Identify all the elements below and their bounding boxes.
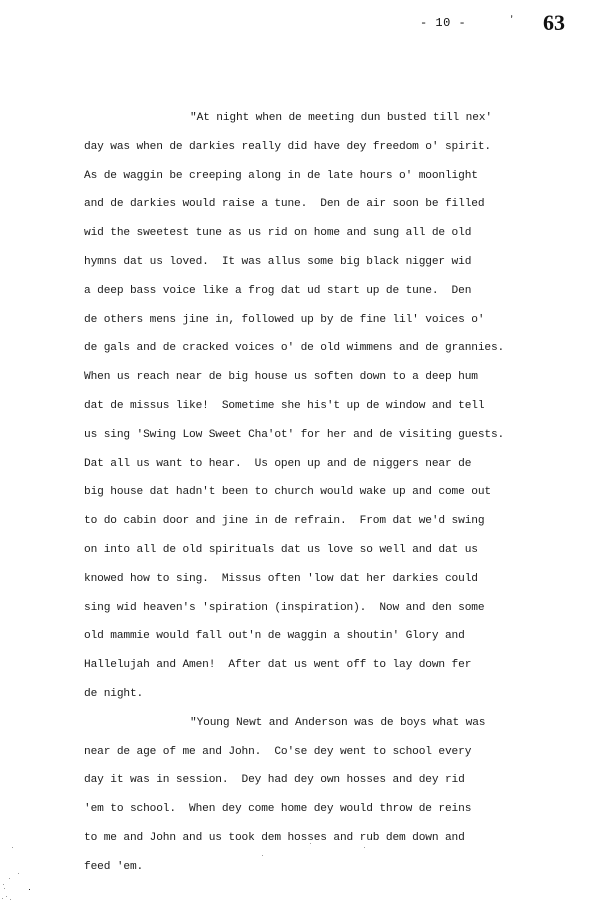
- paragraph-2: "Young Newt and Anderson was de boys wha…: [84, 709, 564, 882]
- text-line: near de age of me and John. Co'se dey we…: [84, 738, 564, 767]
- body-text: "At night when de meeting dun busted til…: [84, 104, 564, 882]
- scan-speck: [262, 855, 263, 856]
- text-line: old mammie would fall out'n de waggin a …: [84, 622, 564, 651]
- text-line: de night.: [84, 680, 564, 709]
- text-line: de gals and de cracked voices o' de old …: [84, 334, 564, 363]
- scan-speck: [10, 899, 11, 900]
- text-line: "Young Newt and Anderson was de boys wha…: [84, 709, 564, 738]
- scan-speck: [2, 898, 3, 899]
- text-line: "At night when de meeting dun busted til…: [84, 104, 564, 133]
- text-line: day it was in session. Dey had dey own h…: [84, 766, 564, 795]
- text-line: big house dat hadn't been to church woul…: [84, 478, 564, 507]
- text-line: us sing 'Swing Low Sweet Cha'ot' for her…: [84, 421, 564, 450]
- scan-speck: [12, 847, 13, 848]
- scan-speck: [9, 878, 10, 879]
- scan-speck: [364, 847, 365, 848]
- scan-speck: [6, 896, 7, 897]
- text-line: to me and John and us took dem hosses an…: [84, 824, 564, 853]
- text-line: 'em to school. When dey come home dey wo…: [84, 795, 564, 824]
- text-line: knowed how to sing. Missus often 'low da…: [84, 565, 564, 594]
- text-line: hymns dat us loved. It was allus some bi…: [84, 248, 564, 277]
- text-line: de others mens jine in, followed up by d…: [84, 306, 564, 335]
- text-line: feed 'em.: [84, 853, 564, 882]
- stamped-page-number: 63: [543, 10, 565, 36]
- scan-speck: [310, 843, 311, 844]
- scan-speck: [18, 873, 19, 874]
- text-line: on into all de old spirituals dat us lov…: [84, 536, 564, 565]
- text-line: and de darkies would raise a tune. Den d…: [84, 190, 564, 219]
- scan-speck: [29, 889, 30, 890]
- text-line: sing wid heaven's 'spiration (inspiratio…: [84, 594, 564, 623]
- paragraph-1: "At night when de meeting dun busted til…: [84, 104, 564, 709]
- text-line: As de waggin be creeping along in de lat…: [84, 162, 564, 191]
- text-line: Hallelujah and Amen! After dat us went o…: [84, 651, 564, 680]
- scan-speck: [4, 888, 5, 889]
- text-line: dat de missus like! Sometime she his't u…: [84, 392, 564, 421]
- document-page: - 10 - ʼ 63 "At night when de meeting du…: [0, 0, 600, 902]
- scan-speck: [3, 884, 4, 885]
- text-line: When us reach near de big house us softe…: [84, 363, 564, 392]
- typed-page-number: - 10 -: [420, 16, 466, 30]
- text-line: day was when de darkies really did have …: [84, 133, 564, 162]
- text-line: to do cabin door and jine in de refrain.…: [84, 507, 564, 536]
- margin-tick-mark: ʼ: [508, 14, 515, 28]
- text-line: a deep bass voice like a frog dat ud sta…: [84, 277, 564, 306]
- text-line: wid the sweetest tune as us rid on home …: [84, 219, 564, 248]
- text-line: Dat all us want to hear. Us open up and …: [84, 450, 564, 479]
